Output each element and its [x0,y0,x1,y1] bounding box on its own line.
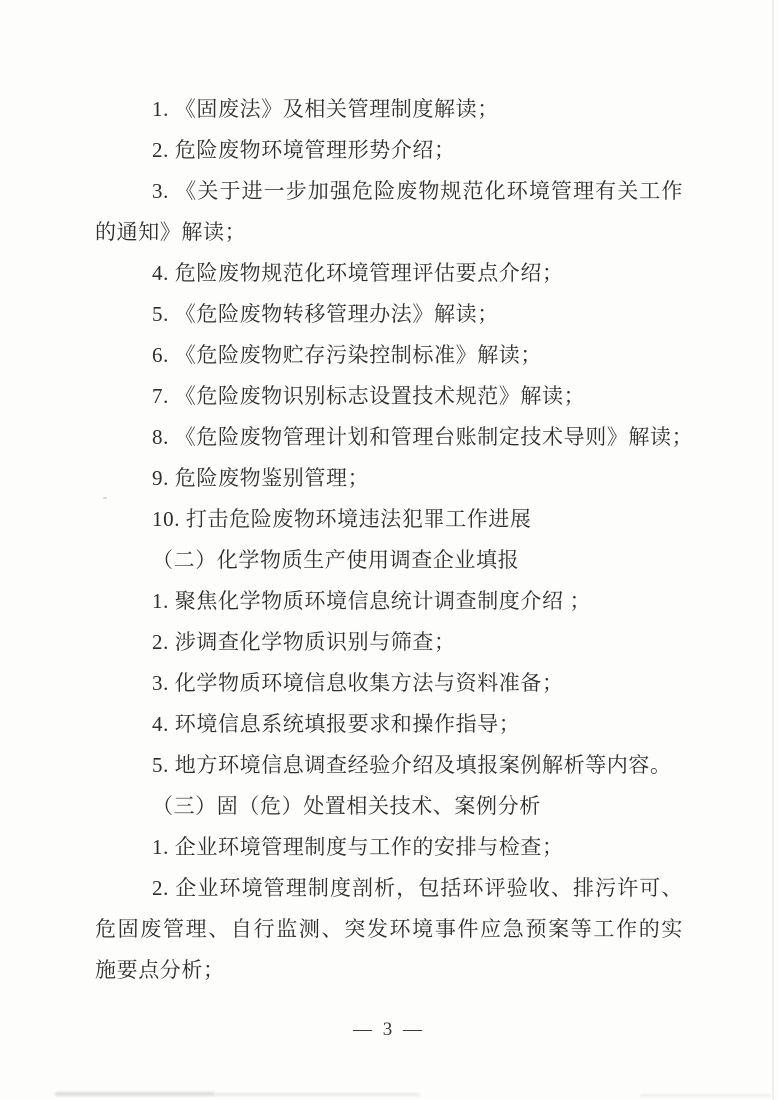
document-body: 1. 《固废法》及相关管理制度解读；2. 危险废物环境管理形势介绍；3. 《关于… [95,89,683,991]
text-line: 5. 地方环境信息调查经验介绍及填报案例解析等内容。 [95,745,683,786]
text-line: 1. 企业环境管理制度与工作的安排与检查； [95,827,683,868]
text-line: 3. 《关于进一步加强危险废物规范化环境管理有关工作 [95,171,683,212]
text-line: 4. 危险废物规范化环境管理评估要点介绍； [95,253,683,294]
text-line: 2. 企业环境管理制度剖析，包括环评验收、排污许可、 [95,868,683,909]
page-number: — 3 — [0,1016,778,1044]
text-line: 10. 打击危险废物环境违法犯罪工作进展 [95,499,683,540]
text-line: 5. 《危险废物转移管理办法》解读； [95,294,683,335]
text-line: 6. 《危险废物贮存污染控制标准》解读； [95,335,683,376]
text-line: 4. 环境信息系统填报要求和操作指导； [95,704,683,745]
scan-speck [103,497,107,499]
scan-smudge [640,1094,770,1097]
text-line: 危固废管理、自行监测、突发环境事件应急预案等工作的实 [95,909,683,950]
text-line: 9. 危险废物鉴别管理； [95,458,683,499]
text-line: 1. 《固废法》及相关管理制度解读； [95,89,683,130]
text-line: 8. 《危险废物管理计划和管理台账制定技术导则》解读； [95,417,683,458]
text-line: 7. 《危险废物识别标志设置技术规范》解读； [95,376,683,417]
text-line: 施要点分析； [95,950,683,991]
text-line: （二）化学物质生产使用调查企业填报 [95,540,683,581]
text-line: 1. 聚焦化学物质环境信息统计调查制度介绍 ； [95,581,683,622]
text-line: 的通知》解读； [95,212,683,253]
scan-smudge [55,1092,215,1096]
text-line: （三）固（危）处置相关技术、案例分析 [95,786,683,827]
scan-edge-line [772,0,774,1100]
text-line: 3. 化学物质环境信息收集方法与资料准备； [95,663,683,704]
document-page: 1. 《固废法》及相关管理制度解读；2. 危险废物环境管理形势介绍；3. 《关于… [0,0,778,1100]
text-line: 2. 危险废物环境管理形势介绍； [95,130,683,171]
text-line: 2. 涉调查化学物质识别与筛查； [95,622,683,663]
scan-smudge [215,1093,420,1096]
